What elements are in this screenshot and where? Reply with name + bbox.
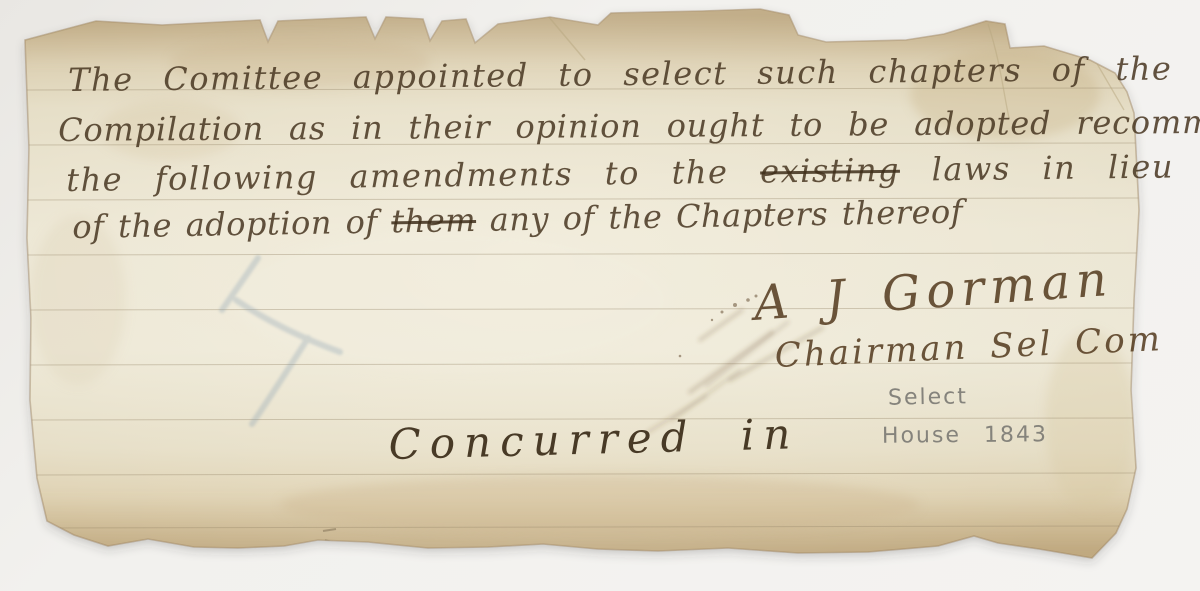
manuscript-scan: The Comittee appointed to select such ch… — [0, 0, 1200, 591]
pencil-note-house-1843: House 1843 — [882, 422, 1048, 448]
manuscript-line-2: Compilation as in their opinion ought to… — [58, 105, 1200, 145]
manuscript-text: Compilation as in their opinion ought to… — [58, 103, 1200, 149]
manuscript-text: of the adoption of — [72, 202, 392, 246]
struck-word-them: them — [391, 201, 476, 240]
manuscript-text: laws in lieu — [900, 147, 1174, 188]
struck-word-existing: existing — [760, 151, 900, 191]
pencil-note-select: Select — [888, 384, 968, 410]
